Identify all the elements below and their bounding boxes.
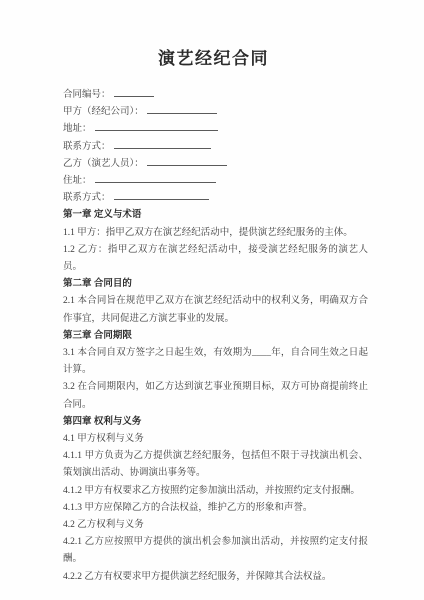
contract-section: 第二章 合同目的 2.1 本合同旨在规范甲乙双方在演艺经纪活动中的权利义务，明确… <box>63 276 368 328</box>
section-heading: 第一章 定义与术语 <box>63 207 368 224</box>
paragraph: 2.1 本合同旨在规范甲乙双方在演艺经纪活动中的权利义务，明确双方合作事宜，共同… <box>63 293 368 327</box>
document-title: 演艺经纪合同 <box>59 48 368 70</box>
form-fields: 合同编号： 甲方（经纪公司）： 地址： 联系方式： 乙方（演艺人员）： 住址： … <box>63 87 368 207</box>
field-label: 地址： <box>63 124 92 134</box>
section-paragraphs: 4.1 甲方权利与义务4.1.1 甲方负责为乙方提供演艺经纪服务，包括但不限于寻… <box>63 431 368 586</box>
contract-document: 演艺经纪合同 合同编号： 甲方（经纪公司）： 地址： 联系方式： 乙方（演艺人员… <box>0 0 424 600</box>
paragraph: 4.1 甲方权利与义务 <box>63 431 368 448</box>
form-field-row: 地址： <box>63 121 368 138</box>
section-paragraphs: 3.1 本合同自双方签字之日起生效，有效期为____年，自合同生效之日起计算。3… <box>63 345 368 414</box>
form-field-row: 甲方（经纪公司）： <box>63 104 368 121</box>
form-field-row: 乙方（演艺人员）： <box>63 156 368 173</box>
form-field-row: 住址： <box>63 173 368 190</box>
paragraph: 4.1.1 甲方负责为乙方提供演艺经纪服务，包括但不限于寻找演出机会、策划演出活… <box>63 448 368 482</box>
fill-in-blank <box>147 104 217 114</box>
form-field-row: 联系方式： <box>63 190 368 207</box>
fill-in-blank <box>114 190 209 200</box>
section-heading: 第二章 合同目的 <box>63 276 368 293</box>
fill-in-blank <box>147 156 227 166</box>
contract-section: 第三章 合同期限 3.1 本合同自双方签字之日起生效，有效期为____年，自合同… <box>63 328 368 414</box>
paragraph: 4.2.1 乙方应按照甲方提供的演出机会参加演出活动，并按照约定支付报酬。 <box>63 534 368 568</box>
sections: 第一章 定义与术语 1.1 甲方：指甲乙双方在演艺经纪活动中，提供演艺经纪服务的… <box>63 207 368 585</box>
fill-in-blank <box>114 139 211 149</box>
contract-section: 第四章 权利与义务 4.1 甲方权利与义务4.1.1 甲方负责为乙方提供演艺经纪… <box>63 414 368 586</box>
field-label: 乙方（演艺人员）： <box>63 159 144 169</box>
section-paragraphs: 2.1 本合同旨在规范甲乙双方在演艺经纪活动中的权利义务，明确双方合作事宜，共同… <box>63 293 368 327</box>
fill-in-blank <box>95 121 218 131</box>
paragraph: 1.1 甲方：指甲乙双方在演艺经纪活动中，提供演艺经纪服务的主体。 <box>63 225 368 242</box>
field-label: 住址： <box>63 176 92 186</box>
section-heading: 第三章 合同期限 <box>63 328 368 345</box>
fill-in-blank <box>95 173 216 183</box>
section-paragraphs: 1.1 甲方：指甲乙双方在演艺经纪活动中，提供演艺经纪服务的主体。1.2 乙方：… <box>63 225 368 277</box>
paragraph: 4.1.3 甲方应保障乙方的合法权益，维护乙方的形象和声誉。 <box>63 500 368 517</box>
field-label: 联系方式： <box>63 142 111 152</box>
paragraph: 1.2 乙方：指甲乙双方在演艺经纪活动中，接受演艺经纪服务的演艺人员。 <box>63 242 368 276</box>
field-label: 合同编号： <box>63 90 111 100</box>
contract-section: 第一章 定义与术语 1.1 甲方：指甲乙双方在演艺经纪活动中，提供演艺经纪服务的… <box>63 207 368 276</box>
section-heading: 第四章 权利与义务 <box>63 414 368 431</box>
paragraph: 3.1 本合同自双方签字之日起生效，有效期为____年，自合同生效之日起计算。 <box>63 345 368 379</box>
paragraph: 4.2 乙方权利与义务 <box>63 517 368 534</box>
field-label: 甲方（经纪公司）： <box>63 107 144 117</box>
paragraph: 3.2 在合同期限内，如乙方达到演艺事业预期目标，双方可协商提前终止合同。 <box>63 379 368 413</box>
fill-in-blank <box>114 87 154 97</box>
form-field-row: 合同编号： <box>63 87 368 104</box>
paragraph: 4.2.2 乙方有权要求甲方提供演艺经纪服务，并保障其合法权益。 <box>63 569 368 586</box>
paragraph: 4.1.2 甲方有权要求乙方按照约定参加演出活动，并按照约定支付报酬。 <box>63 483 368 500</box>
field-label: 联系方式： <box>63 193 111 203</box>
form-field-row: 联系方式： <box>63 139 368 156</box>
